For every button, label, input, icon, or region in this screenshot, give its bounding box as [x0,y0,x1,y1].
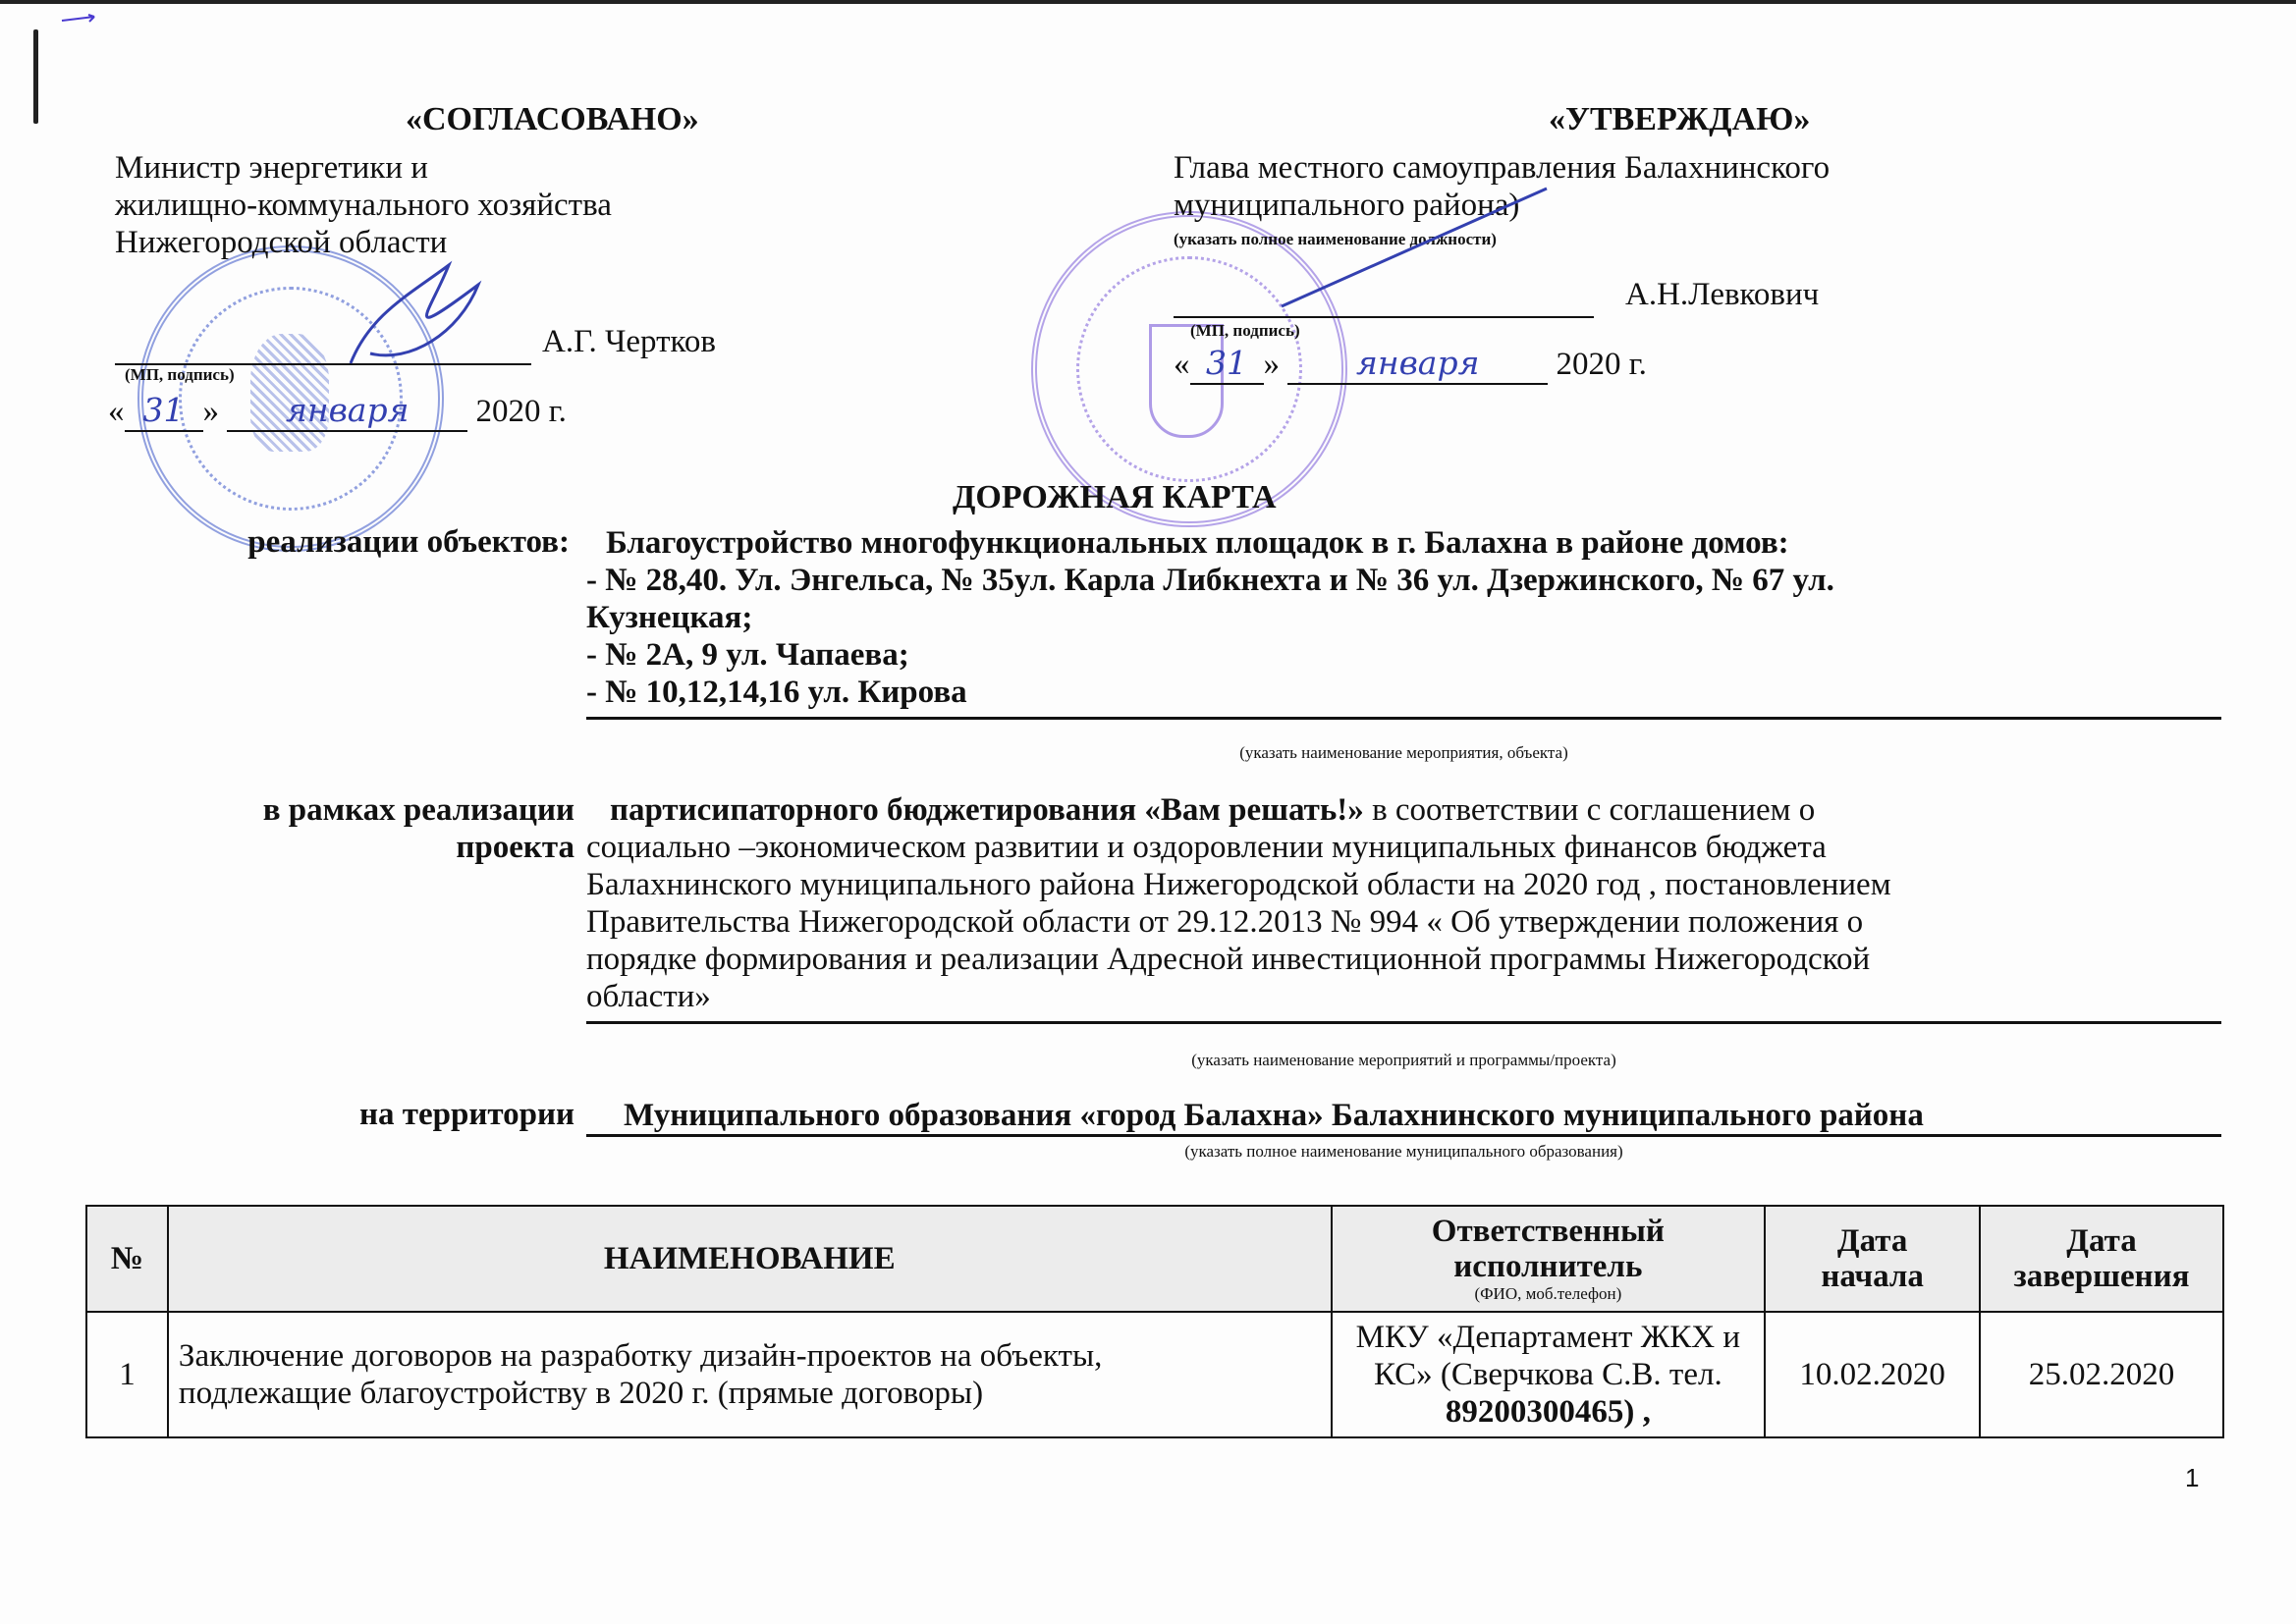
date-year: 2020 г. [1557,347,1647,382]
cell-end-date: 25.02.2020 [1980,1312,2223,1437]
signatory-right: А.Н.Левкович [1625,277,1819,313]
date-left: «31» января 2020 г. [108,391,619,432]
cell-number: 1 [86,1312,168,1437]
table-header-row: № НАИМЕНОВАНИЕ Ответственный исполнитель… [86,1206,2223,1312]
document-title: ДОРОЖНАЯ КАРТА [953,479,1277,516]
signature-scribble-icon [311,255,508,373]
date-year: 2020 г. [476,394,567,429]
scan-edge [0,0,2296,4]
cell-start-date: 10.02.2020 [1765,1312,1980,1437]
project-line: Балахнинского муниципального района Ниже… [586,866,2221,903]
approval-left-title: «СОГЛАСОВАНО» [406,101,699,138]
project-name: партисипаторного бюджетирования «Вам реш… [610,792,1364,828]
project-line: области» [586,978,2221,1015]
page-number: 1 [2185,1463,2199,1493]
approval-right-title: «УТВЕРЖДАЮ» [1549,101,1810,138]
territory-caption: (указать полное наименование муниципальн… [586,1142,2221,1162]
project-line: порядке формирования и реализации Адресн… [586,941,2221,978]
objects-line: - № 2А, 9 ул. Чапаева; [586,636,2221,674]
table-row: 1 Заключение договоров на разработку диз… [86,1312,2223,1437]
position-line: жилищно-коммунального хозяйства [115,187,612,224]
position-line: Министр энергетики и [115,149,612,187]
header-end-date: Дата завершения [1980,1206,2223,1312]
objects-line: - № 10,12,14,16 ул. Кирова [586,674,2221,711]
sign-caption-right: (МП, подпись) [1190,321,1300,341]
project-caption: (указать наименование мероприятий и прог… [586,1051,2221,1070]
header-responsible: Ответственный исполнитель (ФИО, моб.теле… [1332,1206,1766,1312]
handwritten-month: января [1356,344,1479,382]
handwritten-day: 31 [143,391,185,429]
pen-arrow-icon [61,14,98,24]
cell-responsible: МКУ «Департамент ЖКХ и КС» (Сверчкова С.… [1332,1312,1766,1437]
objects-line: Кузнецкая; [586,599,2221,636]
objects-line: Благоустройство многофункциональных площ… [586,524,2221,562]
project-label: в рамках реализации проекта [147,791,574,866]
header-start-date: Дата начала [1765,1206,1980,1312]
sign-caption-left: (МП, подпись) [125,365,235,385]
project-field: партисипаторного бюджетирования «Вам реш… [586,791,2221,1024]
project-line: социально –экономическом развитии и оздо… [586,829,2221,866]
objects-label: реализации объектов: [147,524,570,561]
cell-name: Заключение договоров на разработку дизай… [168,1312,1332,1437]
objects-line: - № 28,40. Ул. Энгельса, № 35ул. Карла Л… [586,562,2221,599]
signature-line-right [1174,277,1594,318]
roadmap-table: № НАИМЕНОВАНИЕ Ответственный исполнитель… [85,1205,2224,1438]
objects-caption: (указать наименование мероприятия, объек… [586,743,2221,763]
header-name: НАИМЕНОВАНИЕ [168,1206,1332,1312]
project-line: Правительства Нижегородской области от 2… [586,903,2221,941]
signatory-left: А.Г. Чертков [542,324,716,360]
signature-scribble-icon [1272,179,1566,316]
handwritten-day: 31 [1206,344,1247,382]
signature-line-left [115,324,531,365]
objects-field: Благоустройство многофункциональных площ… [586,524,2221,720]
approval-left-position: Министр энергетики и жилищно-коммунально… [115,149,612,261]
margin-mark [33,29,38,124]
handwritten-month: января [286,391,409,429]
territory-label: на территории [147,1097,574,1133]
header-number: № [86,1206,168,1312]
territory-field: Муниципального образования «город Балахн… [586,1097,2221,1137]
date-right: «31» января 2020 г. [1174,344,1723,385]
